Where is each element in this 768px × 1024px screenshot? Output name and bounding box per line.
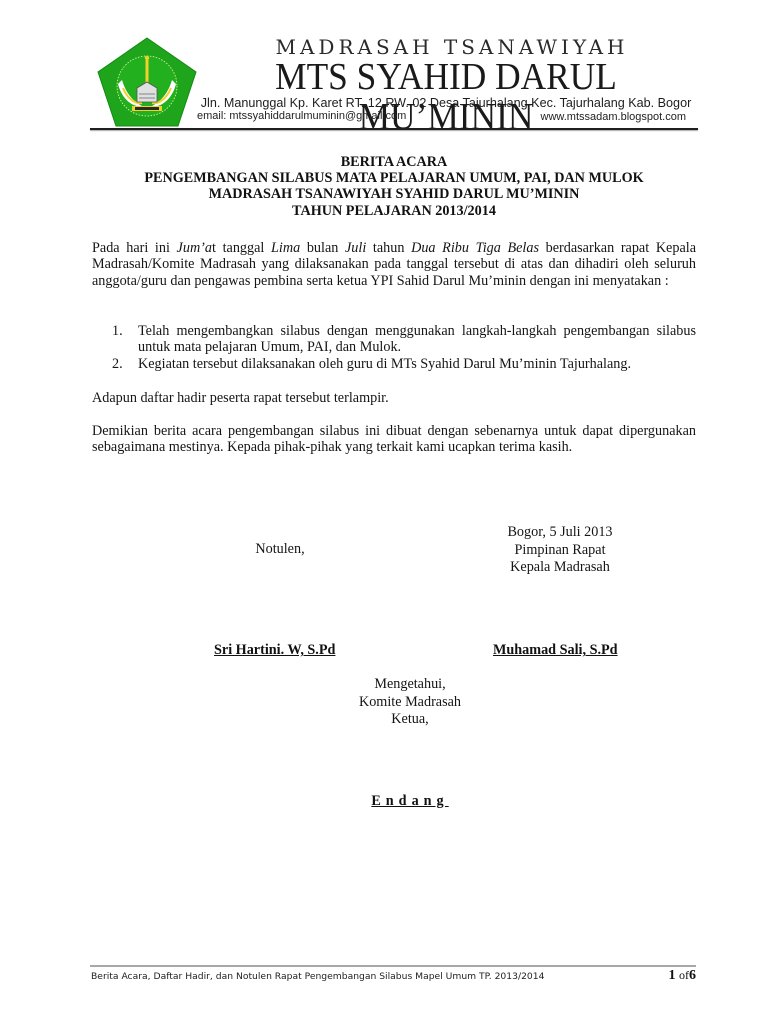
list-text: Telah mengembangkan silabus dengan mengg…	[138, 323, 696, 355]
page-of: of	[679, 968, 689, 982]
principal-name: Muhamad Sali, S.Pd	[493, 642, 618, 659]
signature-left-block: Notulen,	[200, 541, 360, 559]
principal-role: Kepala Madrasah	[460, 559, 660, 577]
letterhead-email: email: mtssyahiddarulmuminin@gmail.com	[197, 110, 406, 122]
letterhead-subtitle: MADRASAH TSANAWIYAH	[196, 36, 708, 58]
title-line-2: PENGEMBANGAN SILABUS MATA PELAJARAN UMUM…	[90, 170, 698, 186]
document-title: BERITA ACARA PENGEMBANGAN SILABUS MATA P…	[90, 154, 698, 219]
attendance-paragraph: Adapun daftar hadir peserta rapat terseb…	[92, 390, 696, 406]
list-item: 2.Kegiatan tersebut dilaksanakan oleh gu…	[112, 356, 696, 372]
list-number: 1.	[112, 323, 123, 339]
letterhead-website: www.mtssadam.blogspot.com	[541, 111, 687, 123]
signature-right-block: Bogor, 5 Juli 2013 Pimpinan Rapat Kepala…	[460, 524, 660, 577]
notulen-name: Sri Hartini. W, S.Pd	[214, 642, 335, 659]
signature-center-block: Mengetahui, Komite Madrasah Ketua,	[300, 676, 520, 729]
page-total: 6	[689, 968, 696, 983]
committee-chair-name: Endang	[300, 793, 520, 810]
intro-text: t tanggal	[212, 240, 271, 256]
intro-day: Jum’a	[177, 240, 212, 256]
list-text: Kegiatan tersebut dilaksanakan oleh guru…	[138, 356, 631, 372]
committee-label: Komite Madrasah	[300, 694, 520, 712]
intro-text: Pada hari ini	[92, 240, 177, 256]
footer-divider	[90, 965, 696, 967]
list-number: 2.	[112, 356, 123, 372]
page-current: 1	[669, 968, 676, 983]
intro-text: bulan	[300, 240, 345, 256]
intro-paragraph: Pada hari ini Jum’at tanggal Lima bulan …	[92, 240, 696, 289]
acknowledge-label: Mengetahui,	[300, 676, 520, 694]
title-line-1: BERITA ACARA	[90, 154, 698, 170]
chairman-label: Ketua,	[300, 711, 520, 729]
title-line-4: TAHUN PELAJARAN 2013/2014	[90, 203, 698, 219]
notulen-role: Notulen,	[200, 541, 360, 559]
closing-paragraph: Demikian berita acara pengembangan silab…	[92, 423, 696, 456]
intro-text: tahun	[366, 240, 411, 256]
title-line-3: MADRASAH TSANAWIYAH SYAHID DARUL MU’MINI…	[90, 186, 698, 202]
statement-list: 1.Telah mengembangkan silabus dengan men…	[112, 323, 696, 372]
letterhead-address: Jln. Manunggal Kp. Karet RT. 12 RW. 02 D…	[196, 96, 696, 110]
page-number: 1 of6	[669, 967, 697, 984]
place-date: Bogor, 5 Juli 2013	[460, 524, 660, 542]
madrasah-emblem-icon	[96, 36, 198, 128]
footer-text: Berita Acara, Daftar Hadir, dan Notulen …	[91, 971, 544, 983]
letterhead-divider	[90, 128, 698, 130]
intro-year: Dua Ribu Tiga Belas	[411, 240, 539, 256]
intro-date: Lima	[271, 240, 300, 256]
chair-role: Pimpinan Rapat	[460, 542, 660, 560]
intro-month: Juli	[345, 240, 366, 256]
list-item: 1.Telah mengembangkan silabus dengan men…	[112, 323, 696, 356]
school-logo	[96, 36, 198, 128]
